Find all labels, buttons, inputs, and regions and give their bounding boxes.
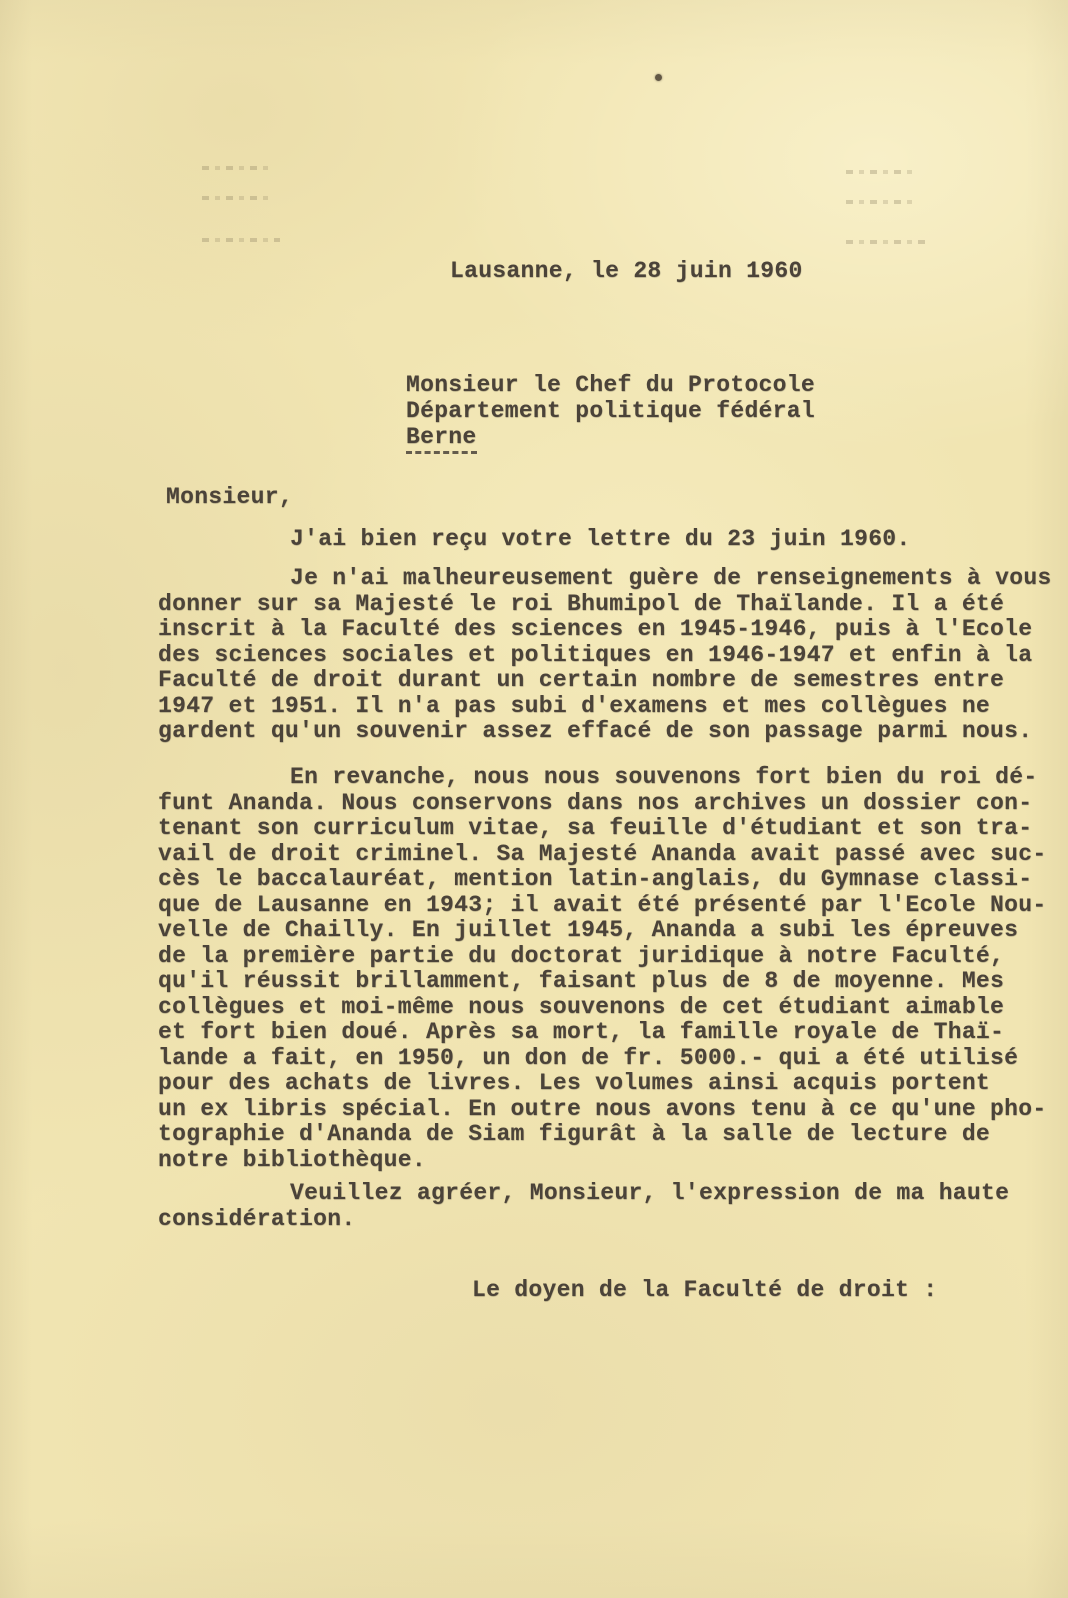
- paragraph-line: tographie d'Ananda de Siam figurât à la …: [158, 1122, 1046, 1148]
- faint-mark-row: [202, 238, 280, 242]
- recipient-line: Département politique fédéral: [406, 398, 815, 424]
- paragraph-line: Veuillez agréer, Monsieur, l'expression …: [158, 1181, 1009, 1207]
- paragraph-line: qu'il réussit brillamment, faisant plus …: [158, 969, 1046, 995]
- paragraph-line: de la première partie du doctorat juridi…: [158, 944, 1046, 970]
- paragraph-line: cès le baccalauréat, mention latin-angla…: [158, 867, 1046, 893]
- faint-mark-row: [202, 166, 272, 170]
- paragraph-line: vail de droit criminel. Sa Majesté Anand…: [158, 842, 1046, 868]
- closing-formula: Veuillez agréer, Monsieur, l'expression …: [158, 1181, 1009, 1232]
- date-line: Lausanne, le 28 juin 1960: [450, 258, 803, 284]
- paragraph-line: Faculté de droit durant un certain nombr…: [158, 668, 1052, 694]
- paragraph-line: tenant son curriculum vitae, sa feuille …: [158, 816, 1046, 842]
- paragraph-line: et fort bien doué. Après sa mort, la fam…: [158, 1020, 1046, 1046]
- paragraph-line: velle de Chailly. En juillet 1945, Anand…: [158, 918, 1046, 944]
- paragraph-line: 1947 et 1951. Il n'a pas subi d'examens …: [158, 694, 1052, 720]
- faint-mark-row: [846, 200, 918, 204]
- faint-stamp-marks-right: [846, 170, 918, 270]
- faint-stamp-marks-left: [202, 166, 272, 268]
- paragraph-line: J'ai bien reçu votre lettre du 23 juin 1…: [158, 527, 911, 553]
- recipient-address: Monsieur le Chef du Protocole Départemen…: [406, 372, 815, 450]
- body-paragraph-3: En revanche, nous nous souvenons fort bi…: [158, 765, 1046, 1173]
- paragraph-line: considération.: [158, 1207, 1009, 1233]
- paragraph-line: inscrit à la Faculté des sciences en 194…: [158, 617, 1052, 643]
- paragraph-line: gardent qu'un souvenir assez effacé de s…: [158, 719, 1052, 745]
- paragraph-line: un ex libris spécial. En outre nous avon…: [158, 1097, 1046, 1123]
- recipient-line: Monsieur le Chef du Protocole: [406, 372, 815, 398]
- signature-line: Le doyen de la Faculté de droit :: [472, 1277, 937, 1303]
- recipient-city: Berne: [406, 424, 815, 450]
- ink-speck: [655, 74, 662, 81]
- letter-scan-page: Lausanne, le 28 juin 1960 Monsieur le Ch…: [0, 0, 1068, 1598]
- faint-mark-row: [846, 240, 926, 244]
- paragraph-line: Je n'ai malheureusement guère de renseig…: [158, 566, 1052, 592]
- paragraph-line: funt Ananda. Nous conservons dans nos ar…: [158, 791, 1046, 817]
- body-paragraph-1: J'ai bien reçu votre lettre du 23 juin 1…: [158, 527, 911, 553]
- recipient-city-underlined: Berne: [406, 424, 477, 454]
- paragraph-line: collègues et moi-même nous souvenons de …: [158, 995, 1046, 1021]
- paragraph-line: notre bibliothèque.: [158, 1148, 1046, 1174]
- paragraph-line: pour des achats de livres. Les volumes a…: [158, 1071, 1046, 1097]
- paragraph-line: donner sur sa Majesté le roi Bhumipol de…: [158, 592, 1052, 618]
- paragraph-line: que de Lausanne en 1943; il avait été pr…: [158, 893, 1046, 919]
- faint-mark-row: [202, 196, 272, 200]
- paragraph-line: des sciences sociales et politiques en 1…: [158, 643, 1052, 669]
- faint-mark-row: [846, 170, 918, 174]
- paragraph-line: lande a fait, en 1950, un don de fr. 500…: [158, 1046, 1046, 1072]
- body-paragraph-2: Je n'ai malheureusement guère de renseig…: [158, 566, 1052, 745]
- paragraph-line: En revanche, nous nous souvenons fort bi…: [158, 765, 1046, 791]
- salutation: Monsieur,: [166, 484, 293, 510]
